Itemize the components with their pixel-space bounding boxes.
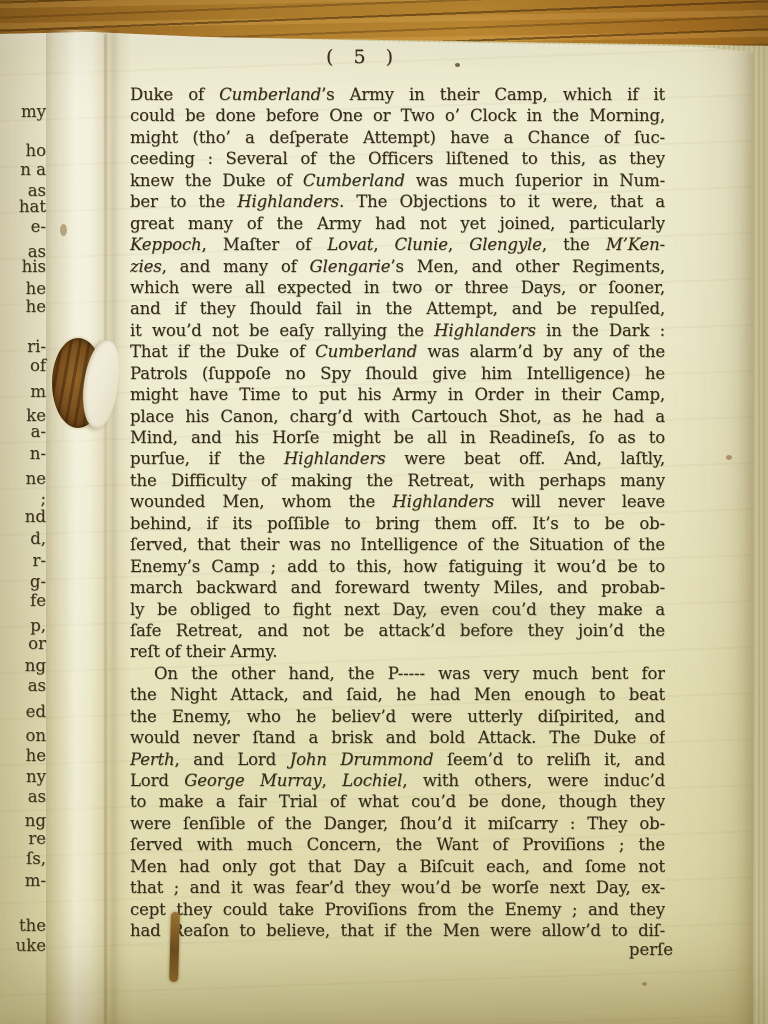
catchword: perſe: [130, 940, 673, 959]
text-line: which were all expected in two or three …: [130, 277, 665, 298]
text-line: That if the Duke of Cumberland was alarm…: [130, 341, 665, 362]
page-text-block: Duke of Cumberland’s Army in their Camp,…: [130, 84, 665, 942]
ink-speck: [455, 63, 460, 67]
text-line: Men had only got that Day a Biſcuit each…: [130, 856, 665, 877]
foxing-speck: [642, 982, 647, 986]
text-line: ſerved with much Concern, the Want of Pr…: [130, 834, 665, 855]
text-line: might have Time to put his Army in Order…: [130, 384, 665, 405]
text-line: behind, if its poſſible to bring them of…: [130, 513, 665, 534]
text-line: Enemy’s Camp ; add to this, how fatiguin…: [130, 556, 665, 577]
faint-stain: [360, 596, 630, 648]
text-line: zies, and many of Glengarie’s Men, and o…: [130, 256, 665, 277]
text-line: knew the Duke of Cumberland was much ſup…: [130, 170, 665, 191]
text-line: that ; and it was fear’d they wou’d be w…: [130, 877, 665, 898]
text-line: On the other hand, the P----- was very m…: [130, 663, 665, 684]
text-line: ſerved, that their was no Intelligence o…: [130, 534, 665, 555]
text-line: wounded Men, whom the Highlanders will n…: [130, 491, 665, 512]
text-line: it wou’d not be eaſy rallying the Highla…: [130, 320, 665, 341]
text-line: Perth, and Lord John Drummond ſeem’d to …: [130, 749, 665, 770]
text-line: would never ſtand a brisk and bold Attac…: [130, 727, 665, 748]
text-line: Keppoch, Maſter of Lovat, Clunie, Glengy…: [130, 234, 665, 255]
text-line: and if they ſhould fail in the Attempt, …: [130, 298, 665, 319]
paper-blemish: [60, 224, 67, 236]
text-line: might (tho’ a deſperate Attempt) have a …: [130, 127, 665, 148]
text-line: Duke of Cumberland’s Army in their Camp,…: [130, 84, 665, 105]
text-line: ber to the Highlanders. The Objections t…: [130, 191, 665, 212]
text-line: Lord George Murray, Lochiel, with others…: [130, 770, 665, 791]
text-line: to make a fair Trial of what cou’d be do…: [130, 791, 665, 812]
page-number: ( 5 ): [92, 46, 627, 74]
page-curl-crease: [104, 34, 107, 1024]
text-line: the Difficulty of making the Retreat, wi…: [130, 470, 665, 491]
text-line: Patrols (ſuppoſe no Spy ſhould give him …: [130, 363, 665, 384]
text-line: great many of the Army had not yet joine…: [130, 213, 665, 234]
text-line: the Night Attack, and ſaid, he had Men e…: [130, 684, 665, 705]
text-line: were ſenſible of the Danger, ſhou’d it m…: [130, 813, 665, 834]
gutter-gap-slit: [169, 912, 180, 982]
foxing-speck: [726, 455, 732, 460]
text-line: place his Canon, charg’d with Cartouch S…: [130, 406, 665, 427]
text-line: had Reaſon to believe, that if the Men w…: [130, 920, 665, 941]
text-line: march backward and foreward twenty Miles…: [130, 577, 665, 598]
text-line: purſue, if the Highlanders were beat off…: [130, 448, 665, 469]
text-line: cept they could take Proviſions from the…: [130, 899, 665, 920]
text-line: Mind, and his Horſe might be all in Read…: [130, 427, 665, 448]
text-line: the Enemy, who he believ’d were utterly …: [130, 706, 665, 727]
text-line: ceeding : Several of the Officers liſten…: [130, 148, 665, 169]
text-line: reſt of their Army.: [130, 641, 665, 662]
text-line: could be done before One or Two o’ Clock…: [130, 105, 665, 126]
